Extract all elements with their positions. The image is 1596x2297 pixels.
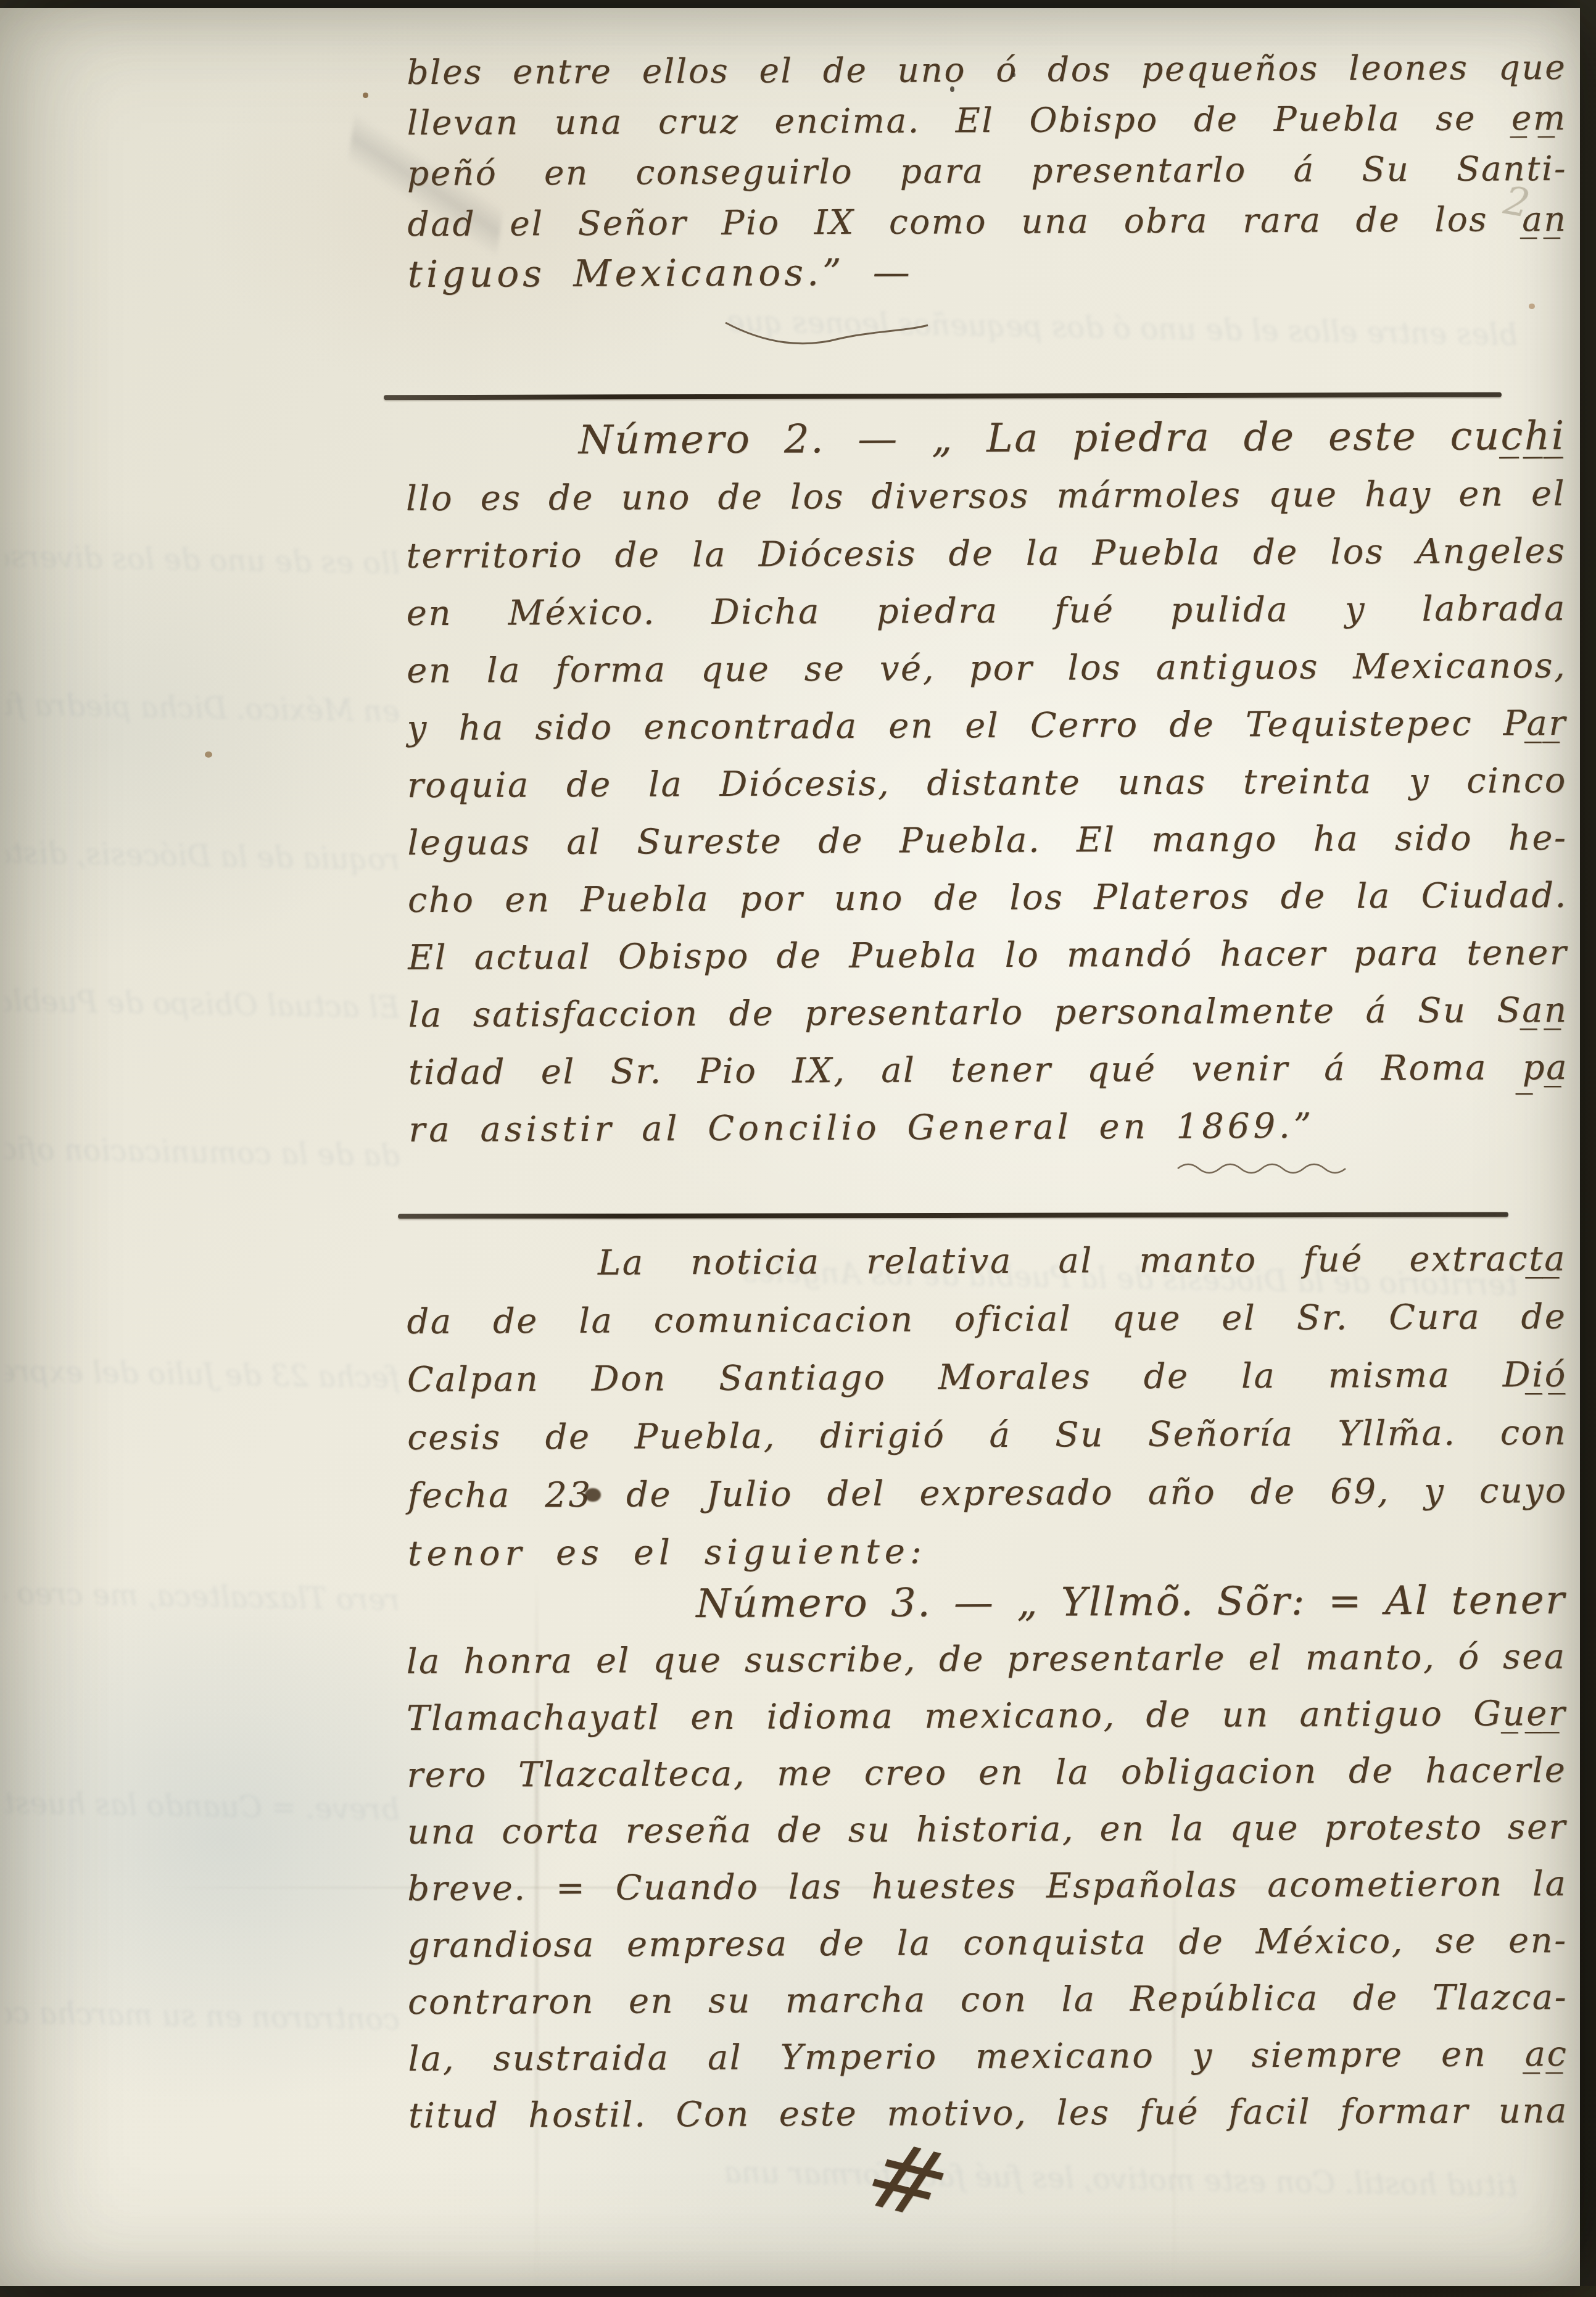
manuscript-line: la, sustraida al Ymperio mexicano y siem…: [408, 2026, 1568, 2088]
manuscript-line: da de la comunicacion oficial que el Sr.…: [407, 1288, 1566, 1351]
manuscript-line: Tlamachayatl en idioma mexicano, de un a…: [407, 1686, 1566, 1747]
bleedthrough-ghost-line: El actual Obispo de Puebla lo mandó hace…: [4, 983, 400, 1030]
manuscript-line: cesis de Puebla, dirigió á Su Señoría Yl…: [407, 1404, 1567, 1467]
ink-speck: [205, 751, 212, 758]
manuscript-line: llevan una cruz encima. El Obispo de Pue…: [407, 93, 1566, 148]
scan-edge-top: [0, 0, 1596, 8]
bleedthrough-ghost-line: bles entre ellos el de uno ó dos pequeño…: [432, 299, 1518, 358]
manuscript-line: y ha sido encontrada en el Cerro de Tequ…: [407, 695, 1566, 757]
bleedthrough-ghost-line: da de la comunicacion oficial que el Sr.…: [4, 1132, 400, 1178]
manuscript-line: una corta reseña de su historia, en la q…: [407, 1799, 1567, 1861]
manuscript-line: contraron en su marcha con la República …: [408, 1969, 1568, 2031]
section-numero-3: Número 3. — „ Yllmõ. Sõr: = Al tener la …: [406, 1572, 1568, 2145]
manuscript-line: Calpan Don Santiago Morales de la misma …: [407, 1346, 1567, 1409]
manuscript-line: territorio de la Diócesis de la Puebla d…: [406, 523, 1566, 585]
manuscript-line: fecha 23 de Julio del expresado año de 6…: [407, 1462, 1567, 1525]
ink-speck: [363, 93, 368, 98]
manuscript-line: ra asistir al Concilio General en 1869.”: [408, 1096, 1568, 1159]
manuscript-line: en México. Dicha piedra fué pulida y lab…: [407, 580, 1566, 642]
bleedthrough-ghost-line: fecha 23 de Julio del expresado año de 6…: [4, 1354, 400, 1400]
ink-speck: [950, 86, 954, 92]
paragraph-manto-notice: La noticia relativa al manto fué extract…: [407, 1230, 1568, 1583]
bleedthrough-ghost-line: breve. = Cuando las huestes Españolas ac…: [4, 1786, 400, 1832]
manuscript-line: titud hostil. Con este motivo, les fué f…: [408, 2083, 1568, 2145]
section-numero-2: Número 2. — „ La piedra de este cuc̲h̲i̲…: [405, 408, 1568, 1159]
section-heading-line: Número 3. — „ Yllmõ. Sõr: = Al tener: [406, 1572, 1566, 1634]
manuscript-line: llo es de uno de los diversos mármoles q…: [406, 465, 1566, 528]
manuscript-line: El actual Obispo de Puebla lo mandó hace…: [408, 924, 1568, 987]
manuscript-line: cho en Puebla por uno de los Plateros de…: [408, 867, 1568, 929]
ink-speck: [1529, 304, 1535, 309]
section-divider-rule: [398, 1212, 1508, 1219]
bleedthrough-ghost-line: titud hostil. Con este motivo, les fué f…: [432, 2150, 1518, 2209]
manuscript-line: dad el Señor Pio IX como una obra rara d…: [407, 194, 1567, 249]
bleedthrough-ghost-line: en México. Dicha piedra fué pulida y lab…: [4, 687, 400, 734]
bleedthrough-ghost-line: roquia de la Diócesis, distante unas tre…: [4, 835, 400, 882]
manuscript-line: breve. = Cuando las huestes Españolas ac…: [407, 1856, 1567, 1918]
ink-blot: [585, 1488, 601, 1502]
manuscript-line: en la forma que se vé, por los antiguos …: [407, 637, 1566, 700]
bleedthrough-ghost-line: contraron en su marcha con la República …: [4, 1995, 400, 2042]
ink-flourish: [1175, 1155, 1360, 1180]
paragraph-continuation: bles entre ellos el de uno ó dos pequeño…: [407, 42, 1568, 300]
bleedthrough-ghost-line: llo es de uno de los diversos mármoles q…: [4, 539, 400, 586]
bleedthrough-ghost-line: rero Tlazcalteca, me creo en la obligaci…: [4, 1576, 400, 1622]
scan-edge-right: [1580, 0, 1596, 2297]
section-divider-rule: [384, 392, 1502, 400]
section-heading-line: Número 2. — „ La piedra de este cuc̲h̲i̲: [405, 408, 1565, 470]
manuscript-line: tiguos Mexicanos.” —: [408, 244, 1568, 300]
manuscript-line: la honra el que suscribe, de presentarle…: [406, 1629, 1566, 1691]
ink-speck: [1012, 73, 1015, 77]
manuscript-line: leguas al Sureste de Puebla. El mango ha…: [407, 809, 1567, 872]
manuscript-line: rero Tlazcalteca, me creo en la obligaci…: [407, 1742, 1566, 1804]
manuscript-line: peñó en conseguirlo para presentarlo á S…: [407, 143, 1567, 199]
manuscript-page: llo es de uno de los diversos mármoles q…: [0, 0, 1596, 2297]
manuscript-line: la satisfaccion de presentarlo personalm…: [408, 982, 1568, 1044]
manuscript-line: grandiosa empresa de la conquista de Méx…: [407, 1913, 1567, 1974]
manuscript-line: roquia de la Diócesis, distante unas tre…: [407, 752, 1567, 814]
manuscript-line: bles entre ellos el de uno ó dos pequeño…: [407, 42, 1566, 97]
manuscript-line: La noticia relativa al manto fué extract…: [407, 1230, 1566, 1293]
ink-flourish: [722, 312, 932, 355]
manuscript-line: tidad el Sr. Pio IX, al tener qué venir …: [408, 1039, 1568, 1101]
scan-edge-bottom: [0, 2286, 1596, 2297]
